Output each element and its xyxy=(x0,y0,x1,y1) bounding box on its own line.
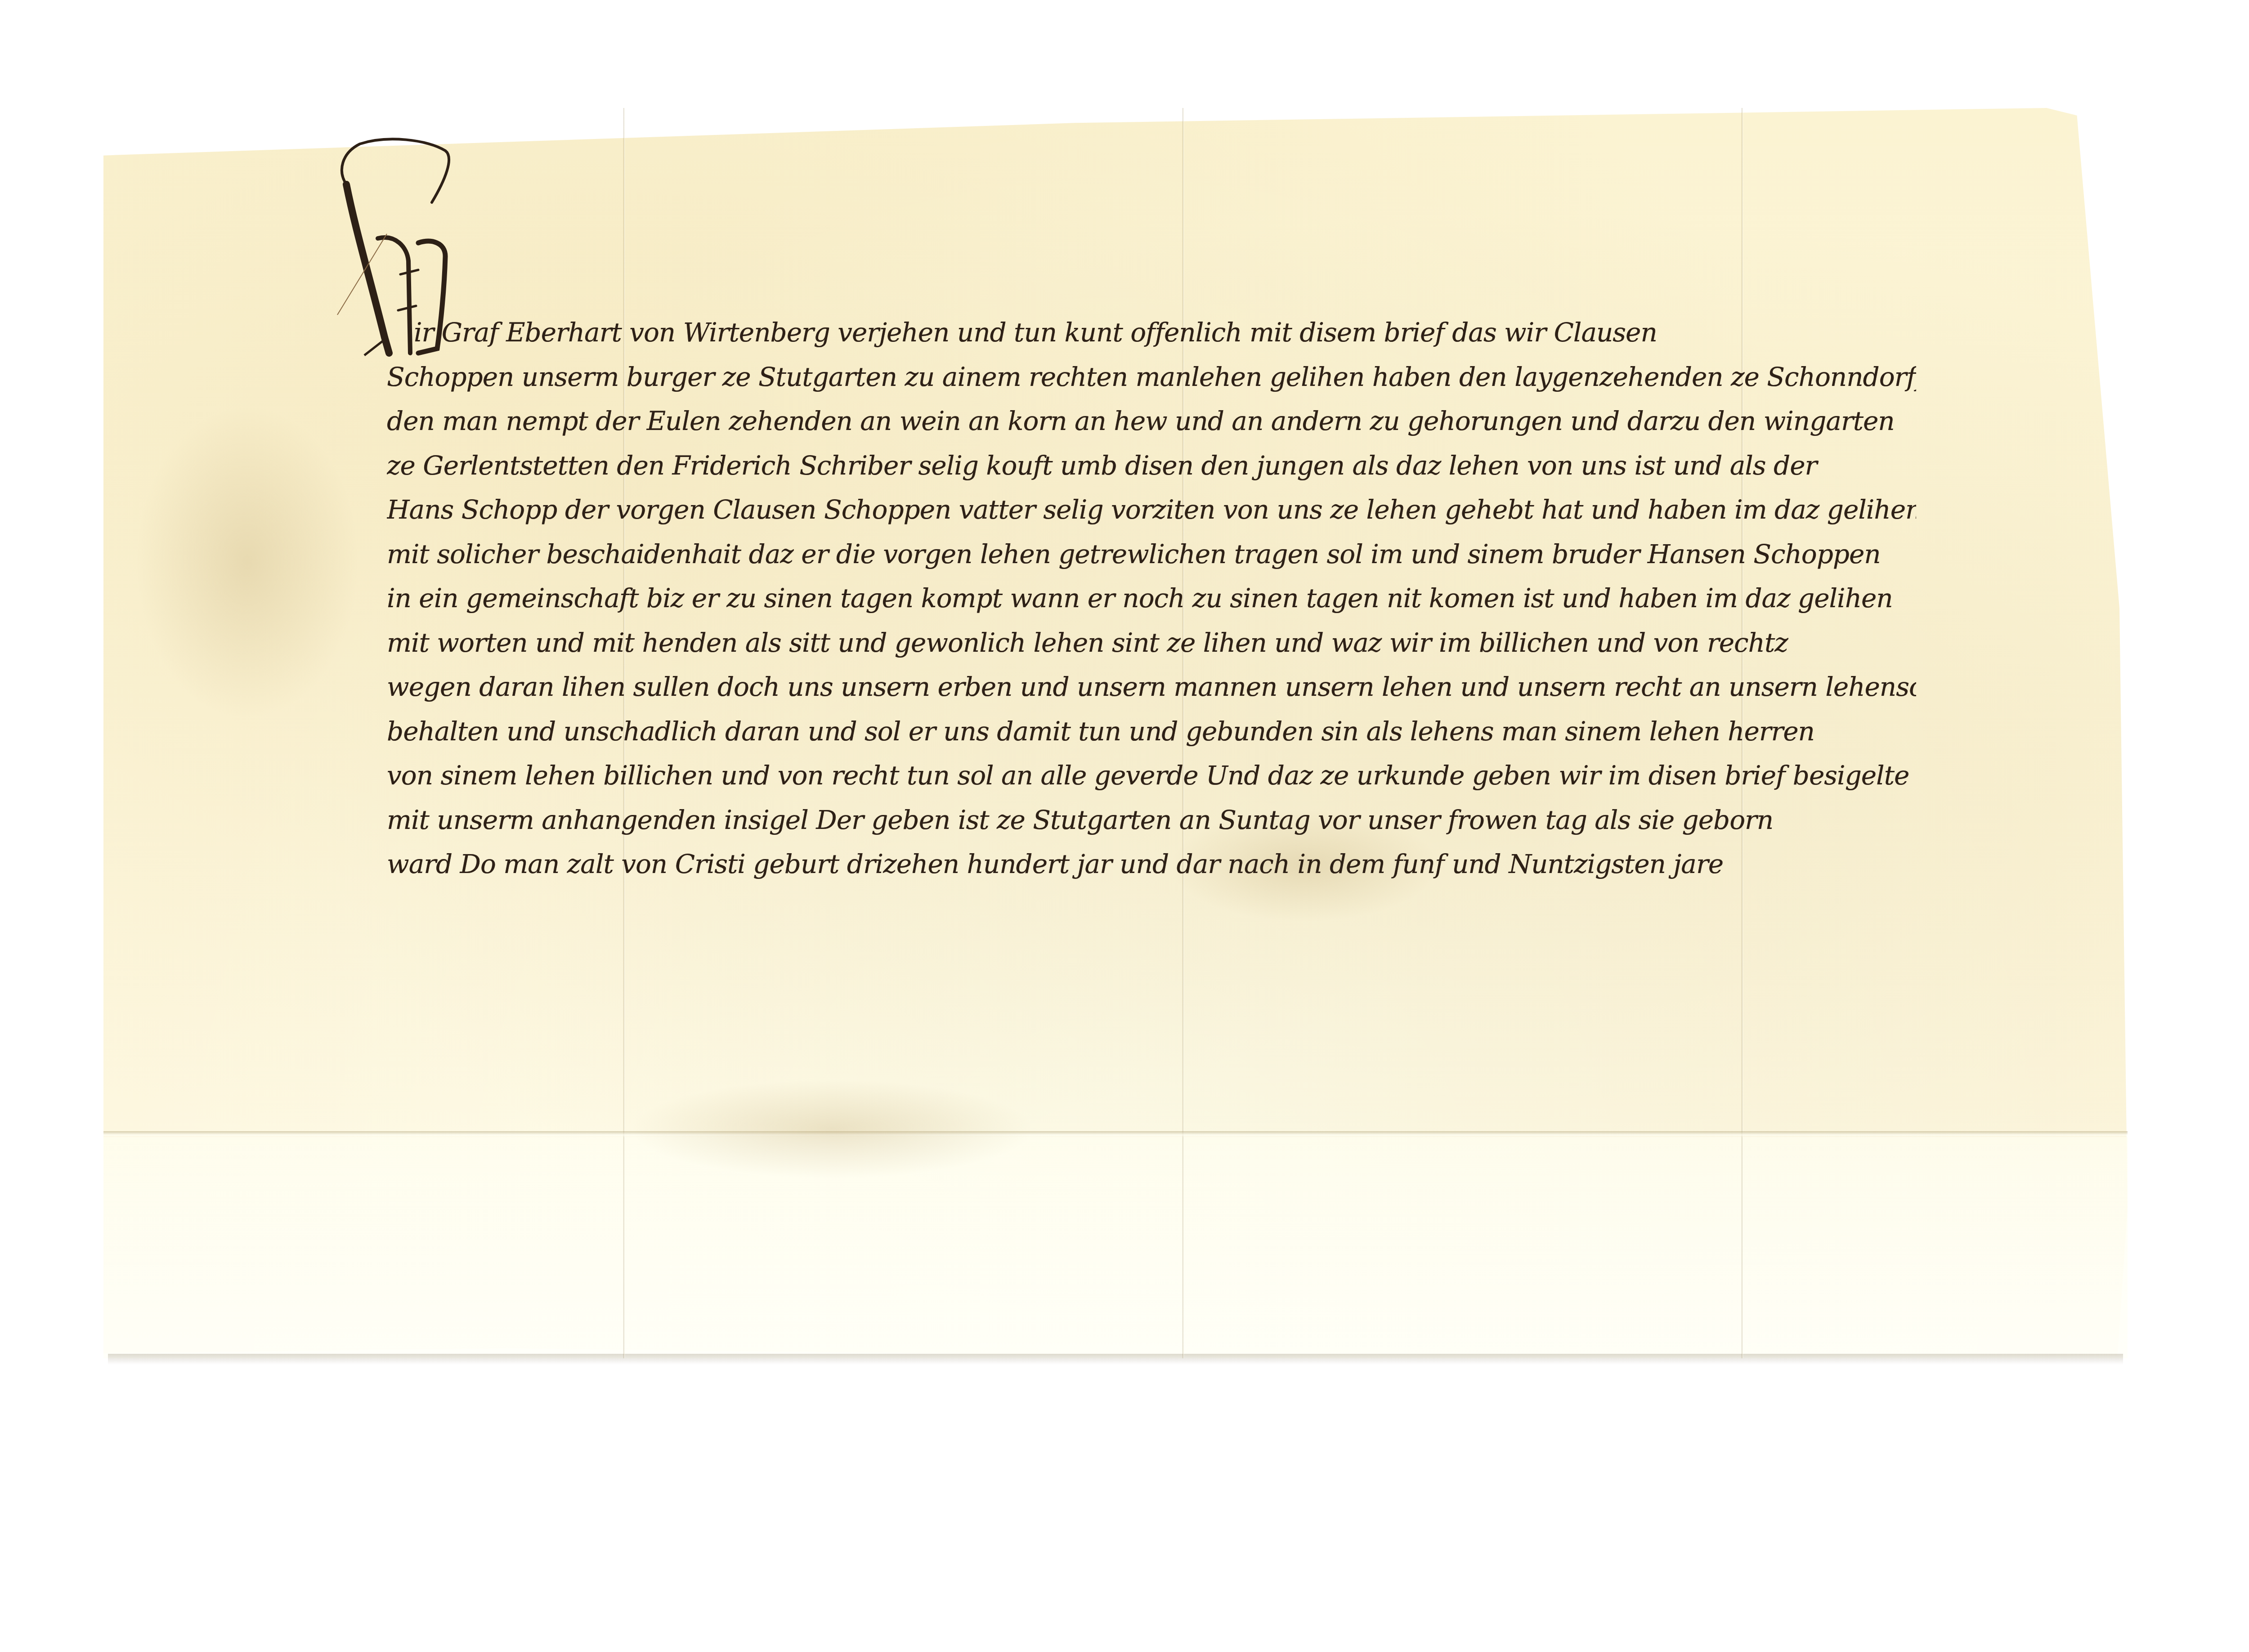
text-line: wegen daran lihen sullen doch uns unsern… xyxy=(387,665,1916,709)
parchment-lower-fold-panel xyxy=(103,1137,2128,1358)
text-line: ir Graf Eberhart von Wirtenberg verjehen… xyxy=(387,310,1916,355)
charter-text: ir Graf Eberhart von Wirtenberg verjehen… xyxy=(387,310,1916,886)
text-line: ze Gerlentstetten den Friderich Schriber… xyxy=(387,443,1916,488)
text-line: mit unserm anhangenden insigel Der geben… xyxy=(387,798,1916,842)
parchment-stain xyxy=(135,405,360,720)
text-line: von sinem lehen billichen und von recht … xyxy=(387,753,1916,798)
horizontal-fold-line xyxy=(103,1131,2128,1137)
text-line: mit solicher beschaidenhait daz er die v… xyxy=(387,532,1916,577)
parchment-stain xyxy=(630,1079,1035,1178)
parchment-bottom-shadow xyxy=(108,1354,2123,1365)
text-line: den man nempt der Eulen zehenden an wein… xyxy=(387,399,1916,443)
text-line: Hans Schopp der vorgen Clausen Schoppen … xyxy=(387,488,1916,532)
text-line: behalten und unschadlich daran und sol e… xyxy=(387,709,1916,754)
text-line: in ein gemeinschaft biz er zu sinen tage… xyxy=(387,576,1916,621)
text-line: ward Do man zalt von Cristi geburt drize… xyxy=(387,842,1916,886)
text-line: Schoppen unserm burger ze Stutgarten zu … xyxy=(387,355,1916,399)
text-line: mit worten und mit henden als sitt und g… xyxy=(387,621,1916,665)
